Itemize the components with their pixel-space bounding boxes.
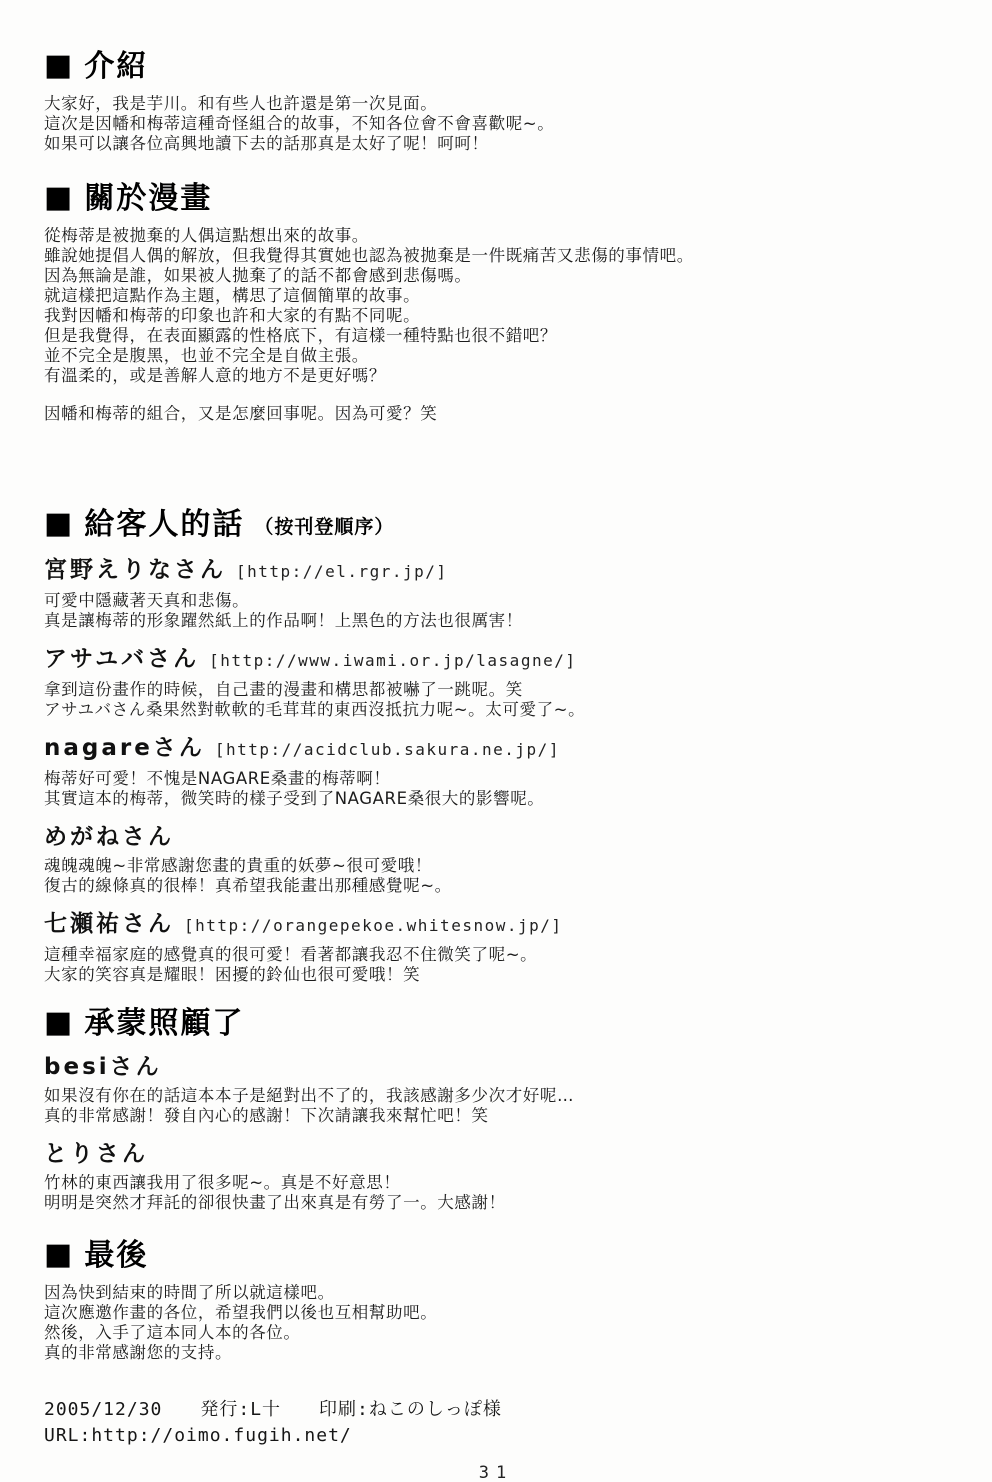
- guest-entry: nagareさん [http://acidclub.sakura.ne.jp/]…: [44, 734, 948, 809]
- colophon: 2005/12/30 発行:L十 印刷:ねこのしっぽ様 URL:http://o…: [44, 1397, 948, 1449]
- section-header-intro: ■ 介紹: [44, 52, 948, 82]
- section-title: 介紹: [84, 52, 148, 82]
- text-line: 這次是因幡和梅蒂這種奇怪組合的故事，不知各位會不會喜歡呢~。: [44, 114, 948, 134]
- colophon-line-2: URL:http://oimo.fugih.net/: [44, 1423, 948, 1449]
- text-line: 真是讓梅蒂的形象躍然紙上的作品啊！上黑色的方法也很厲害！: [44, 611, 948, 631]
- intro-paragraph: 大家好，我是芋川。和有些人也許還是第一次見面。 這次是因幡和梅蒂這種奇怪組合的故…: [44, 94, 948, 154]
- guest-entry: めがねさん 魂魄魂魄~非常感謝您畫的貴重的妖夢~很可愛哦！ 復古的線條真的很棒！…: [44, 823, 948, 896]
- text-line: 可愛中隱藏著天真和悲傷。: [44, 591, 948, 611]
- guest-url: [http://orangepekoe.whitesnow.jp/]: [184, 912, 563, 940]
- text-line: 雖說她提倡人偶的解放，但我覺得其實她也認為被拋棄是一件既痛苦又悲傷的事情吧。: [44, 246, 948, 266]
- text-line: 因為快到結束的時間了所以就這樣吧。: [44, 1283, 948, 1303]
- black-square-icon: ■: [44, 184, 74, 212]
- thanks-entry: besiさん 如果沒有你在的話這本本子是絕對出不了的，我該感謝多少次才好呢… 真…: [44, 1053, 948, 1126]
- guest-entry: 宮野えりなさん [http://el.rgr.jp/] 可愛中隱藏著天真和悲傷。…: [44, 556, 948, 631]
- guest-name: besiさん: [44, 1053, 162, 1081]
- final-paragraph: 因為快到結束的時間了所以就這樣吧。 這次應邀作畫的各位，希望我們以後也互相幫助吧…: [44, 1283, 948, 1363]
- text-line: 因為無論是誰，如果被人拋棄了的話不都會感到悲傷嗎。: [44, 266, 948, 286]
- page-number: 31: [44, 1463, 948, 1482]
- text-line: 魂魄魂魄~非常感謝您畫的貴重的妖夢~很可愛哦！: [44, 856, 948, 876]
- guest-url: [http://el.rgr.jp/]: [236, 558, 448, 586]
- colophon-line-1: 2005/12/30 発行:L十 印刷:ねこのしっぽ様: [44, 1397, 948, 1423]
- black-square-icon: ■: [44, 510, 74, 538]
- black-square-icon: ■: [44, 1009, 74, 1037]
- text-line: 復古的線條真的很棒！真希望我能畫出那種感覺呢~。: [44, 876, 948, 896]
- section-header-final: ■ 最後: [44, 1241, 948, 1271]
- guest-name: とりさん: [44, 1140, 148, 1168]
- guest-entry: 七瀬祐さん [http://orangepekoe.whitesnow.jp/]…: [44, 910, 948, 985]
- text-line: 這次應邀作畫的各位，希望我們以後也互相幫助吧。: [44, 1303, 948, 1323]
- text-line: 大家好，我是芋川。和有些人也許還是第一次見面。: [44, 94, 948, 114]
- black-square-icon: ■: [44, 1241, 74, 1269]
- text-line: 大家的笑容真是耀眼！困擾的鈴仙也很可愛哦！笑: [44, 965, 948, 985]
- section-header-about: ■ 關於漫畫: [44, 184, 948, 214]
- text-line: 並不完全是腹黑，也並不完全是自做主張。: [44, 346, 948, 366]
- section-title: 最後: [84, 1241, 148, 1271]
- guest-name: めがねさん: [44, 823, 174, 851]
- text-line: 有溫柔的，或是善解人意的地方不是更好嗎？: [44, 366, 948, 386]
- document-page: ■ 介紹 大家好，我是芋川。和有些人也許還是第一次見面。 這次是因幡和梅蒂這種奇…: [0, 0, 992, 1482]
- guest-url: [http://www.iwami.or.jp/lasagne/]: [209, 647, 576, 675]
- guest-name: nagareさん: [44, 734, 205, 762]
- text-line: 如果可以讓各位高興地讀下去的話那真是太好了呢！呵呵！: [44, 134, 948, 154]
- section-title: 關於漫畫: [84, 184, 212, 214]
- text-line: 但是我覺得，在表面顯露的性格底下，有這樣一種特點也很不錯吧？: [44, 326, 948, 346]
- about-paragraph: 從梅蒂是被拋棄的人偶這點想出來的故事。 雖說她提倡人偶的解放，但我覺得其實她也認…: [44, 226, 948, 424]
- guest-name: 宮野えりなさん: [44, 556, 226, 584]
- text-line: 因幡和梅蒂的組合，又是怎麼回事呢。因為可愛？笑: [44, 404, 948, 424]
- text-line: 這種幸福家庭的感覺真的很可愛！看著都讓我忍不住微笑了呢~。: [44, 945, 948, 965]
- text-line: 真的非常感謝！發自內心的感謝！下次請讓我來幫忙吧！笑: [44, 1106, 948, 1126]
- text-line: 從梅蒂是被拋棄的人偶這點想出來的故事。: [44, 226, 948, 246]
- black-square-icon: ■: [44, 52, 74, 80]
- guest-entry: アサユバさん [http://www.iwami.or.jp/lasagne/]…: [44, 645, 948, 720]
- text-line: 我對因幡和梅蒂的印象也許和大家的有點不同呢。: [44, 306, 948, 326]
- guest-url: [http://acidclub.sakura.ne.jp/]: [215, 736, 560, 764]
- guest-name: 七瀬祐さん: [44, 910, 174, 938]
- text-line: 明明是突然才拜託的卻很快畫了出來真是有勞了一。大感謝！: [44, 1193, 948, 1213]
- text-line: 如果沒有你在的話這本本子是絕對出不了的，我該感謝多少次才好呢…: [44, 1086, 948, 1106]
- text-line: 其實這本的梅蒂，微笑時的樣子受到了NAGARE桑很大的影響呢。: [44, 789, 948, 809]
- text-line: 真的非常感謝您的支持。: [44, 1343, 948, 1363]
- text-line: 然後，入手了這本同人本的各位。: [44, 1323, 948, 1343]
- section-subtitle: （按刊登順序）: [254, 512, 394, 542]
- guest-name: アサユバさん: [44, 645, 199, 673]
- text-line: 拿到這份畫作的時候，自己畫的漫畫和構思都被嚇了一跳呢。笑: [44, 680, 948, 700]
- text-line: 竹林的東西讓我用了很多呢~。真是不好意思！: [44, 1173, 948, 1193]
- text-line: アサユバさん桑果然對軟軟的毛茸茸的東西沒抵抗力呢~。太可愛了~。: [44, 700, 948, 720]
- section-title: 給客人的話: [84, 510, 244, 540]
- thanks-entry: とりさん 竹林的東西讓我用了很多呢~。真是不好意思！ 明明是突然才拜託的卻很快畫…: [44, 1140, 948, 1213]
- section-header-guests: ■ 給客人的話 （按刊登順序）: [44, 508, 948, 542]
- section-title: 承蒙照顧了: [84, 1009, 244, 1039]
- text-line: 就這樣把這點作為主題，構思了這個簡單的故事。: [44, 286, 948, 306]
- text-line: 梅蒂好可愛！不愧是NAGARE桑畫的梅蒂啊！: [44, 769, 948, 789]
- section-header-thanks: ■ 承蒙照顧了: [44, 1009, 948, 1039]
